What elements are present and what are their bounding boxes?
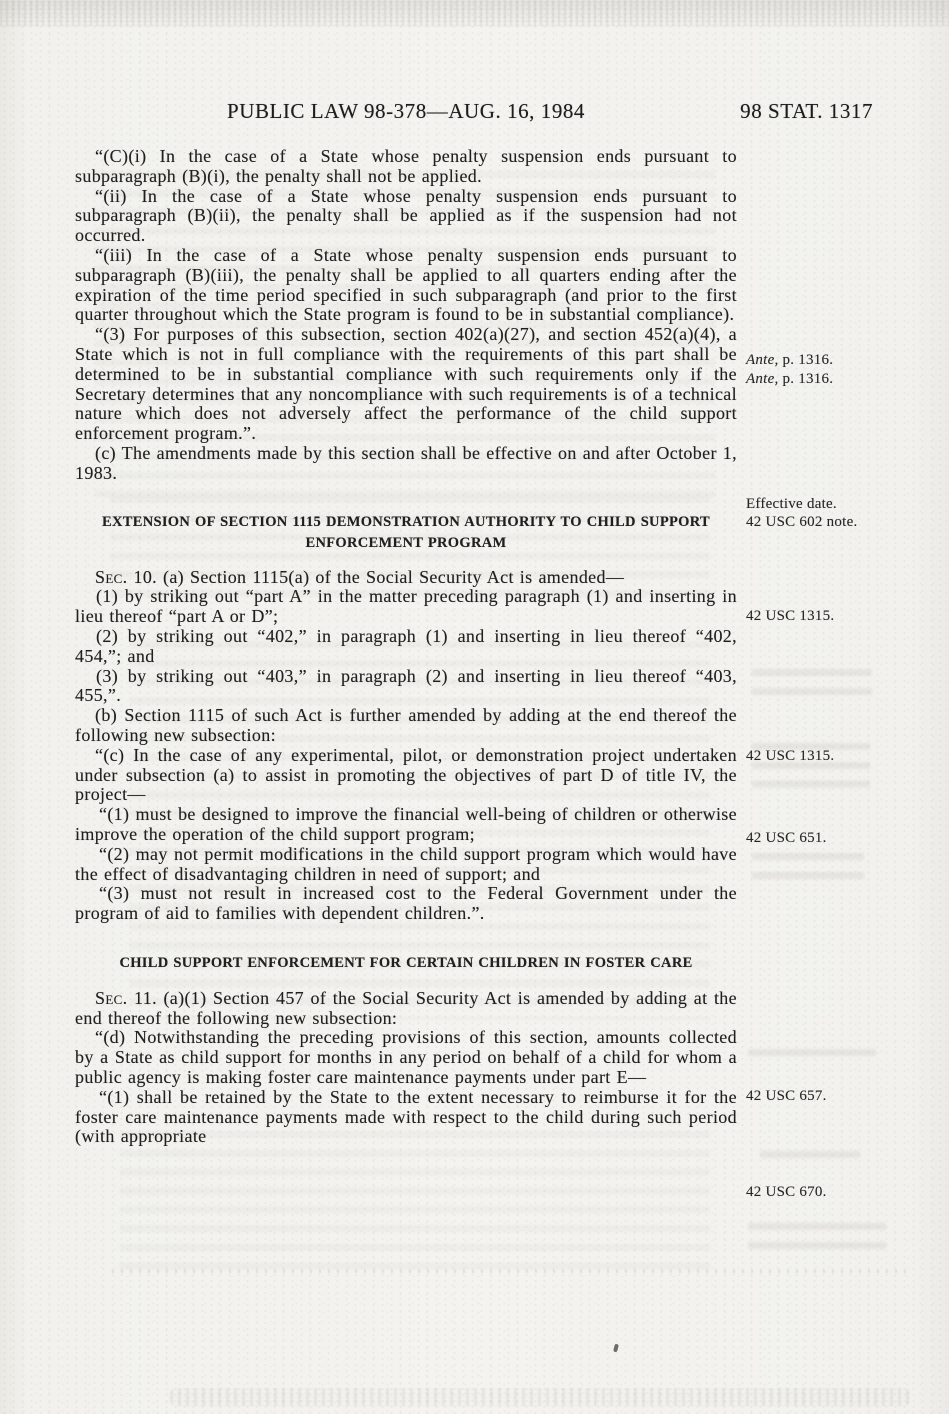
margin-note-ante-2: Ante, p. 1316.	[746, 370, 916, 389]
statute-page-number: 98 STAT. 1317	[740, 99, 873, 124]
margin-note-ante-1: Ante, p. 1316.	[746, 351, 916, 370]
scan-artifact-bottom-band	[170, 1388, 910, 1406]
paragraph-sec10: Sec. 10. (a) Section 1115(a) of the Soci…	[75, 568, 737, 588]
paragraph-ii: “(ii) In the case of a State whose penal…	[75, 187, 737, 246]
paragraph-C-i: “(C)(i) In the case of a State whose pen…	[75, 147, 737, 187]
quoted-c-item-3: “(3) must not result in increased cost t…	[75, 884, 737, 924]
paragraph-sec11-text: (a)(1) Section 457 of the Social Securit…	[75, 988, 737, 1028]
statute-page-scan: PUBLIC LAW 98-378—AUG. 16, 1984 98 STAT.…	[0, 0, 949, 1414]
page-title: PUBLIC LAW 98-378—AUG. 16, 1984	[75, 99, 737, 124]
sec10-item-1: (1) by striking out “part A” in the matt…	[75, 587, 737, 627]
section-number-label: Sec. 10.	[95, 567, 157, 587]
quoted-c-item-1: “(1) must be designed to improve the fin…	[75, 805, 737, 845]
margin-note-usc-1315-a: 42 USC 1315.	[746, 607, 916, 626]
margin-note-effective-date: Effective date.	[746, 495, 916, 514]
paragraph-c-effective: (c) The amendments made by this section …	[75, 444, 737, 484]
sec10-item-3: (3) by striking out “403,” in paragraph …	[75, 667, 737, 707]
scan-artifact-ghost-rule	[112, 1270, 908, 1273]
bleed-through-artifact	[752, 852, 864, 890]
bleed-through-artifact	[120, 1130, 710, 1270]
paragraph-sec10-text: (a) Section 1115(a) of the Social Securi…	[163, 567, 624, 587]
paragraph-iii: “(iii) In the case of a State whose pena…	[75, 246, 737, 325]
paragraph-quoted-c: “(c) In the case of any experimental, pi…	[75, 746, 737, 805]
sec10-item-2: (2) by striking out “402,” in paragraph …	[75, 627, 737, 667]
bleed-through-artifact	[760, 1150, 860, 1168]
section-number-label: Sec. 11.	[95, 988, 157, 1008]
quoted-c-item-2: “(2) may not permit modifications in the…	[75, 845, 737, 885]
quoted-d-item-1: “(1) shall be retained by the State to t…	[75, 1088, 737, 1147]
bleed-through-artifact	[748, 1048, 876, 1066]
margin-note-usc-651: 42 USC 651.	[746, 829, 916, 848]
margin-note-usc-657: 42 USC 657.	[746, 1087, 916, 1106]
body-text-column: “(C)(i) In the case of a State whose pen…	[75, 147, 737, 1147]
margin-note-usc-670: 42 USC 670.	[746, 1183, 916, 1202]
margin-note-602-note: 42 USC 602 note.	[746, 513, 916, 532]
bleed-through-artifact	[752, 668, 872, 704]
scan-artifact-ink-speck	[613, 1344, 619, 1353]
bleed-through-artifact	[748, 1222, 886, 1260]
section-heading-foster-care: CHILD SUPPORT ENFORCEMENT FOR CERTAIN CH…	[75, 953, 737, 974]
paragraph-b: (b) Section 1115 of such Act is further …	[75, 706, 737, 746]
section-heading-extension: EXTENSION OF SECTION 1115 DEMONSTRATION …	[100, 512, 712, 554]
paragraph-sec11: Sec. 11. (a)(1) Section 457 of the Socia…	[75, 989, 737, 1029]
scan-artifact-top-band	[0, 0, 949, 26]
margin-note-usc-1315-b: 42 USC 1315.	[746, 747, 916, 766]
paragraph-quoted-d: “(d) Notwithstanding the preceding provi…	[75, 1028, 737, 1087]
paragraph-3: “(3) For purposes of this subsection, se…	[75, 325, 737, 444]
running-head: PUBLIC LAW 98-378—AUG. 16, 1984 98 STAT.…	[75, 99, 873, 129]
